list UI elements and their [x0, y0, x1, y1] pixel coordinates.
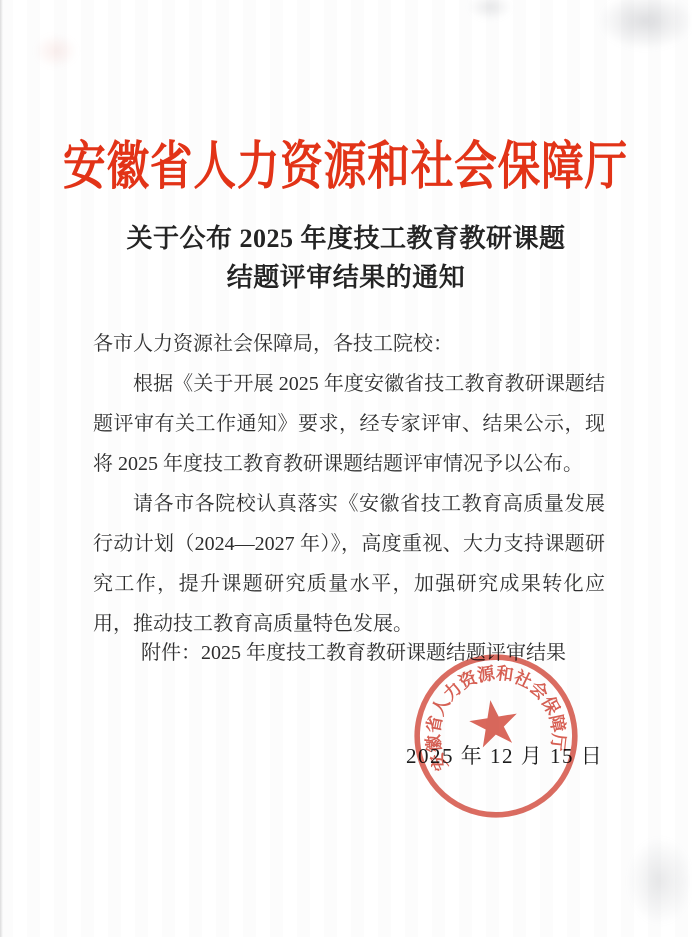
scan-artifact: [598, 0, 692, 50]
document-title-line2: 结题评审结果的通知: [0, 258, 692, 297]
scanned-notice-page: 安徽省人力资源和社会保障厅 关于公布 2025 年度技工教育教研课题 结题评审结…: [0, 0, 692, 937]
scan-artifact: [34, 34, 78, 68]
document-title-line1: 关于公布 2025 年度技工教育教研课题: [0, 219, 692, 258]
scan-artifact: [468, 0, 512, 20]
document-title: 关于公布 2025 年度技工教育教研课题 结题评审结果的通知: [0, 219, 692, 297]
attachment-line: 附件：2025 年度技工教育教研课题结题评审结果: [93, 636, 633, 665]
body-paragraph-2: 请各市各院校认真落实《安徽省技工教育高质量发展行动计划（2024—2027 年）…: [93, 484, 605, 644]
agency-header-text: 安徽省人力资源和社会保障厅: [63, 124, 628, 199]
seal-ring: [406, 646, 586, 826]
scan-artifact: [628, 838, 692, 924]
document-body: 各市人力资源社会保障局，各技工院校： 根据《关于开展 2025 年度安徽省技工教…: [93, 324, 605, 644]
body-paragraph-1: 根据《关于开展 2025 年度安徽省技工教育教研课题结题评审有关工作通知》要求，…: [93, 364, 605, 484]
agency-header: 安徽省人力资源和社会保障厅: [0, 124, 692, 199]
salutation: 各市人力资源社会保障局，各技工院校：: [93, 324, 605, 364]
issue-date: 2025 年 12 月 15 日: [406, 740, 603, 770]
